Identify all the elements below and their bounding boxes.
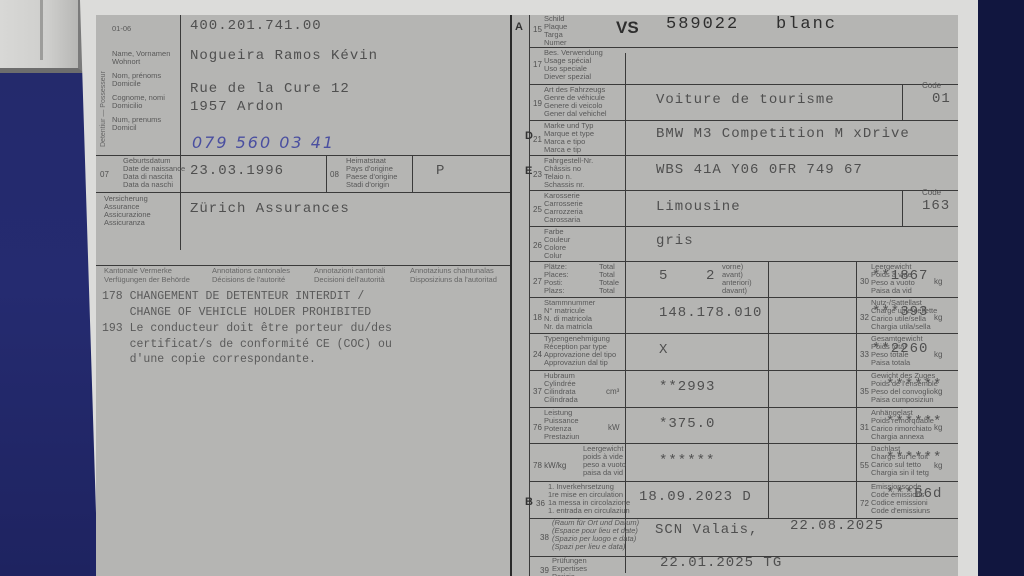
emission-code-value: ***B6d <box>886 486 942 502</box>
annotations-header-rm: Annotaziuns chantunalasDisposiziuns da l… <box>410 267 497 284</box>
plate-canton: VS <box>616 18 639 38</box>
birth-date-label: GeburtsdatumDate de naissance Data di na… <box>123 157 185 189</box>
issue-place: SCN Valais, <box>655 522 758 538</box>
vehicle-color: gris <box>656 233 694 249</box>
train-weight-value: ****** <box>886 377 942 393</box>
color-label: FarbeCouleur ColoreColur <box>544 228 570 260</box>
seats-front: 2 <box>706 268 715 284</box>
inspections-label: PrüfungenExpertises Perizie <box>552 557 587 576</box>
power-weight-label: Leergewichtpoids à vide peso a vuotopais… <box>583 445 626 477</box>
matricule-number: 148.178.010 <box>659 305 762 321</box>
plate-number: 589022 <box>666 15 739 34</box>
issue-date: 22.08.2025 <box>790 518 884 534</box>
body-type: Limousine <box>656 199 741 215</box>
holder-side-label: Detentiur — Possesseur <box>100 71 107 147</box>
inspection-date: 22.01.2025 TG <box>660 555 782 571</box>
seats-label: Plätze:Places: Posti:Plazs: <box>544 263 569 295</box>
displacement-label: HubraumCylindrée CilindrataCilindrada <box>544 372 578 404</box>
body-label: KarosserieCarrosserie CarrozzeriaCarossa… <box>544 192 583 224</box>
holder-name: Nogueira Ramos Kévin <box>190 48 378 64</box>
annotations-header-it: Annotazioni cantonaliDecisioni dell'auto… <box>314 267 385 284</box>
plate-color: blanc <box>776 15 837 34</box>
displacement: **2993 <box>659 379 715 395</box>
paper-stack <box>0 0 84 73</box>
holder-field-no: 01-06 <box>112 25 131 33</box>
vehicle-type-code: 01 <box>932 91 951 107</box>
power-weight: ****** <box>659 453 715 469</box>
dark-background-right <box>978 0 1024 576</box>
origin-country: P <box>436 163 445 179</box>
blue-background-left <box>0 0 90 576</box>
holder-city: 1957 Ardon <box>190 99 284 115</box>
payload-value: ***393 <box>872 304 928 320</box>
total-weight-value: **2260 <box>872 341 928 357</box>
chassis-label: Fahrgestell-Nr.Châssis no Telaio n.Schas… <box>544 157 593 189</box>
first-registration-date: 18.09.2023 D <box>639 489 752 505</box>
annotations-header-fr: Annotations cantonalesDécisions de l'aut… <box>212 267 290 284</box>
type-approval-label: TypengenehmigungRéception par type Appro… <box>544 335 616 367</box>
holder-id-number: 400.201.741.00 <box>190 18 322 34</box>
make-model: BMW M3 Competition M xDrive <box>656 126 910 142</box>
power-label: LeistungPuissance PotenzaPrestaziun <box>544 409 579 441</box>
origin-label: HeimatstaatPays d'origine Paese d'origin… <box>346 157 397 189</box>
vehicle-type: Voiture de tourisme <box>656 92 835 108</box>
insurance-label: VersicherungAssurance AssicurazioneAssic… <box>104 195 151 227</box>
body-code: 163 <box>922 198 950 214</box>
matricule-label: StammnummerN° matricule N. di matricolaN… <box>544 299 595 331</box>
roof-load-value: ****** <box>886 450 942 466</box>
vehicle-type-label: Art des FahrzeugsGenre de véhicule Gener… <box>544 86 607 118</box>
place-date-label: (Raum für Ort und Datum)(Espace pour lie… <box>552 519 639 551</box>
make-model-label: Marke und TypMarque et type Marca e tipo… <box>544 122 594 154</box>
first-registration-label: 1. Inverkehrsetzung1re mise en circulati… <box>548 483 630 515</box>
holder-phone-handwritten: 079 560 03 41 <box>192 133 335 152</box>
annotations-header-de: Kantonale VermerkeVerfügungen der Behörd… <box>104 267 190 284</box>
type-approval: X <box>659 342 668 358</box>
plate-label: SchildPlaque TargaNumer <box>544 15 567 47</box>
center-divider <box>510 15 512 576</box>
power: *375.0 <box>659 416 715 432</box>
annotation-178: 178 CHANGEMENT DE DETENTEUR INTERDIT / C… <box>102 289 371 320</box>
chassis-number: WBS 41A Y06 0FR 749 67 <box>656 162 863 178</box>
empty-weight-value: **1867 <box>872 268 928 284</box>
trailer-load-value: ****** <box>886 414 942 430</box>
special-use-label: Bes. VerwendungUsage spécial Uso special… <box>544 49 603 81</box>
holder-street: Rue de la Cure 12 <box>190 81 350 97</box>
birth-date: 23.03.1996 <box>190 163 284 179</box>
registration-form: Detentiur — Possesseur 01-06 400.201.741… <box>96 15 958 576</box>
insurance-company: Zürich Assurances <box>190 201 350 217</box>
annotation-193: 193 Le conducteur doit être porteur du/d… <box>102 321 392 368</box>
seats-total: 5 <box>659 268 668 284</box>
holder-label: Name, VornamenWohnort Nom, prénomsDomici… <box>112 50 170 132</box>
